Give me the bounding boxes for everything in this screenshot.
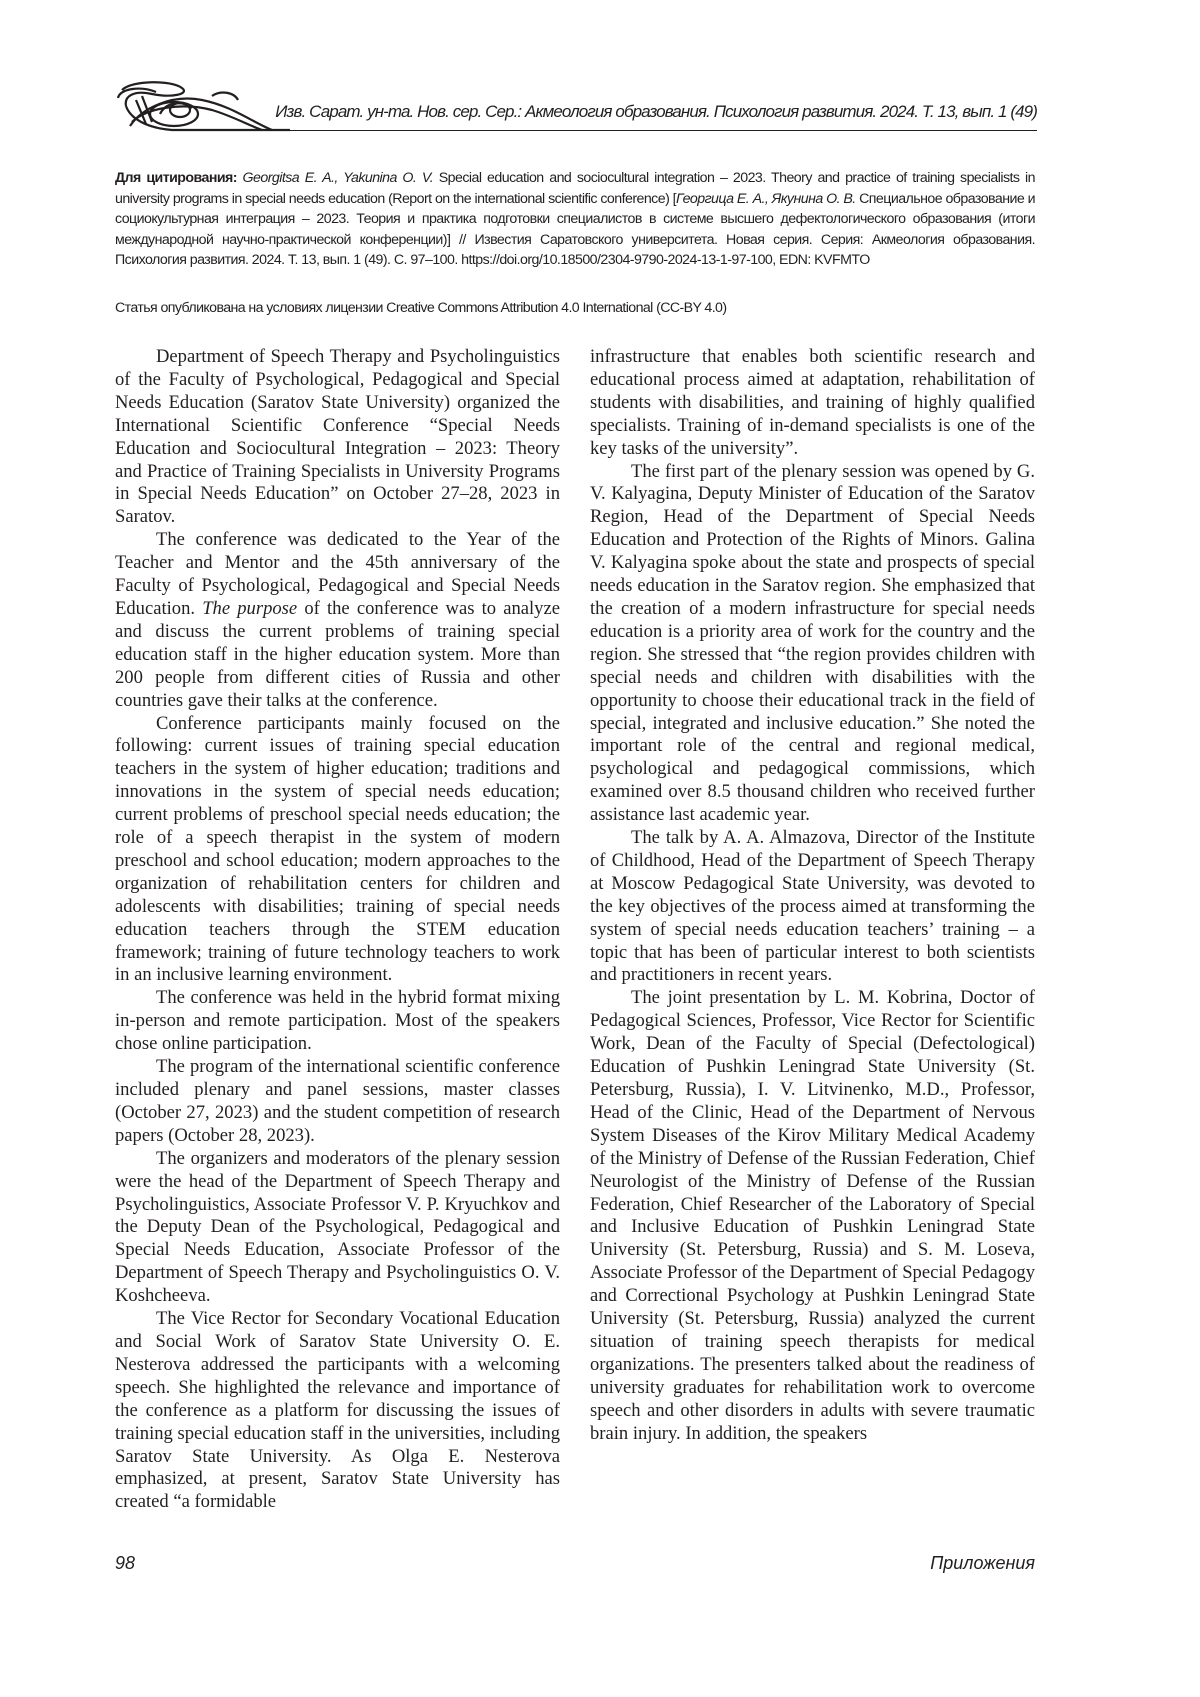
paragraph: The talk by A. A. Almazova, Director of …: [590, 827, 1035, 987]
paragraph: The conference was held in the hybrid fo…: [115, 987, 560, 1056]
right-column: infrastructure that enables both scienti…: [590, 346, 1035, 1446]
emphasis-text: The purpose: [202, 598, 297, 619]
paragraph: The Vice Rector for Secondary Vocational…: [115, 1308, 560, 1514]
paragraph: The organizers and moderators of the ple…: [115, 1148, 560, 1308]
header-rule: [262, 130, 1037, 131]
paragraph: The joint presentation by L. M. Kobrina,…: [590, 987, 1035, 1445]
paragraph: Department of Speech Therapy and Psychol…: [115, 346, 560, 529]
paragraph: The first part of the plenary session wa…: [590, 461, 1035, 828]
paragraph: The program of the international scienti…: [115, 1056, 560, 1148]
page-number: 98: [115, 1553, 135, 1574]
journal-running-title: Изв. Сарат. ун-та. Нов. сер. Сер.: Акмео…: [275, 102, 1037, 122]
citation-authors-ru: Георгица Е. А., Якунина О. В.: [676, 191, 856, 207]
paragraph-continued: infrastructure that enables both scienti…: [590, 346, 1035, 461]
paragraph: Conference participants mainly focused o…: [115, 713, 560, 988]
citation-label: Для цитирования:: [115, 170, 237, 186]
left-column: Department of Speech Therapy and Psychol…: [115, 346, 560, 1514]
ornament-logo-icon: [112, 78, 292, 136]
section-name: Приложения: [930, 1553, 1035, 1574]
citation-block: Для цитирования: Georgitsa E. A., Yakuni…: [115, 168, 1035, 271]
paragraph: The conference was dedicated to the Year…: [115, 529, 560, 712]
running-header: Изв. Сарат. ун-та. Нов. сер. Сер.: Акмео…: [112, 78, 1037, 136]
license-note: Статья опубликована на условиях лицензии…: [115, 300, 1035, 316]
citation-authors-en: Georgitsa E. A., Yakunina O. V.: [243, 170, 434, 186]
journal-page: Изв. Сарат. ун-та. Нов. сер. Сер.: Акмео…: [0, 0, 1200, 1697]
